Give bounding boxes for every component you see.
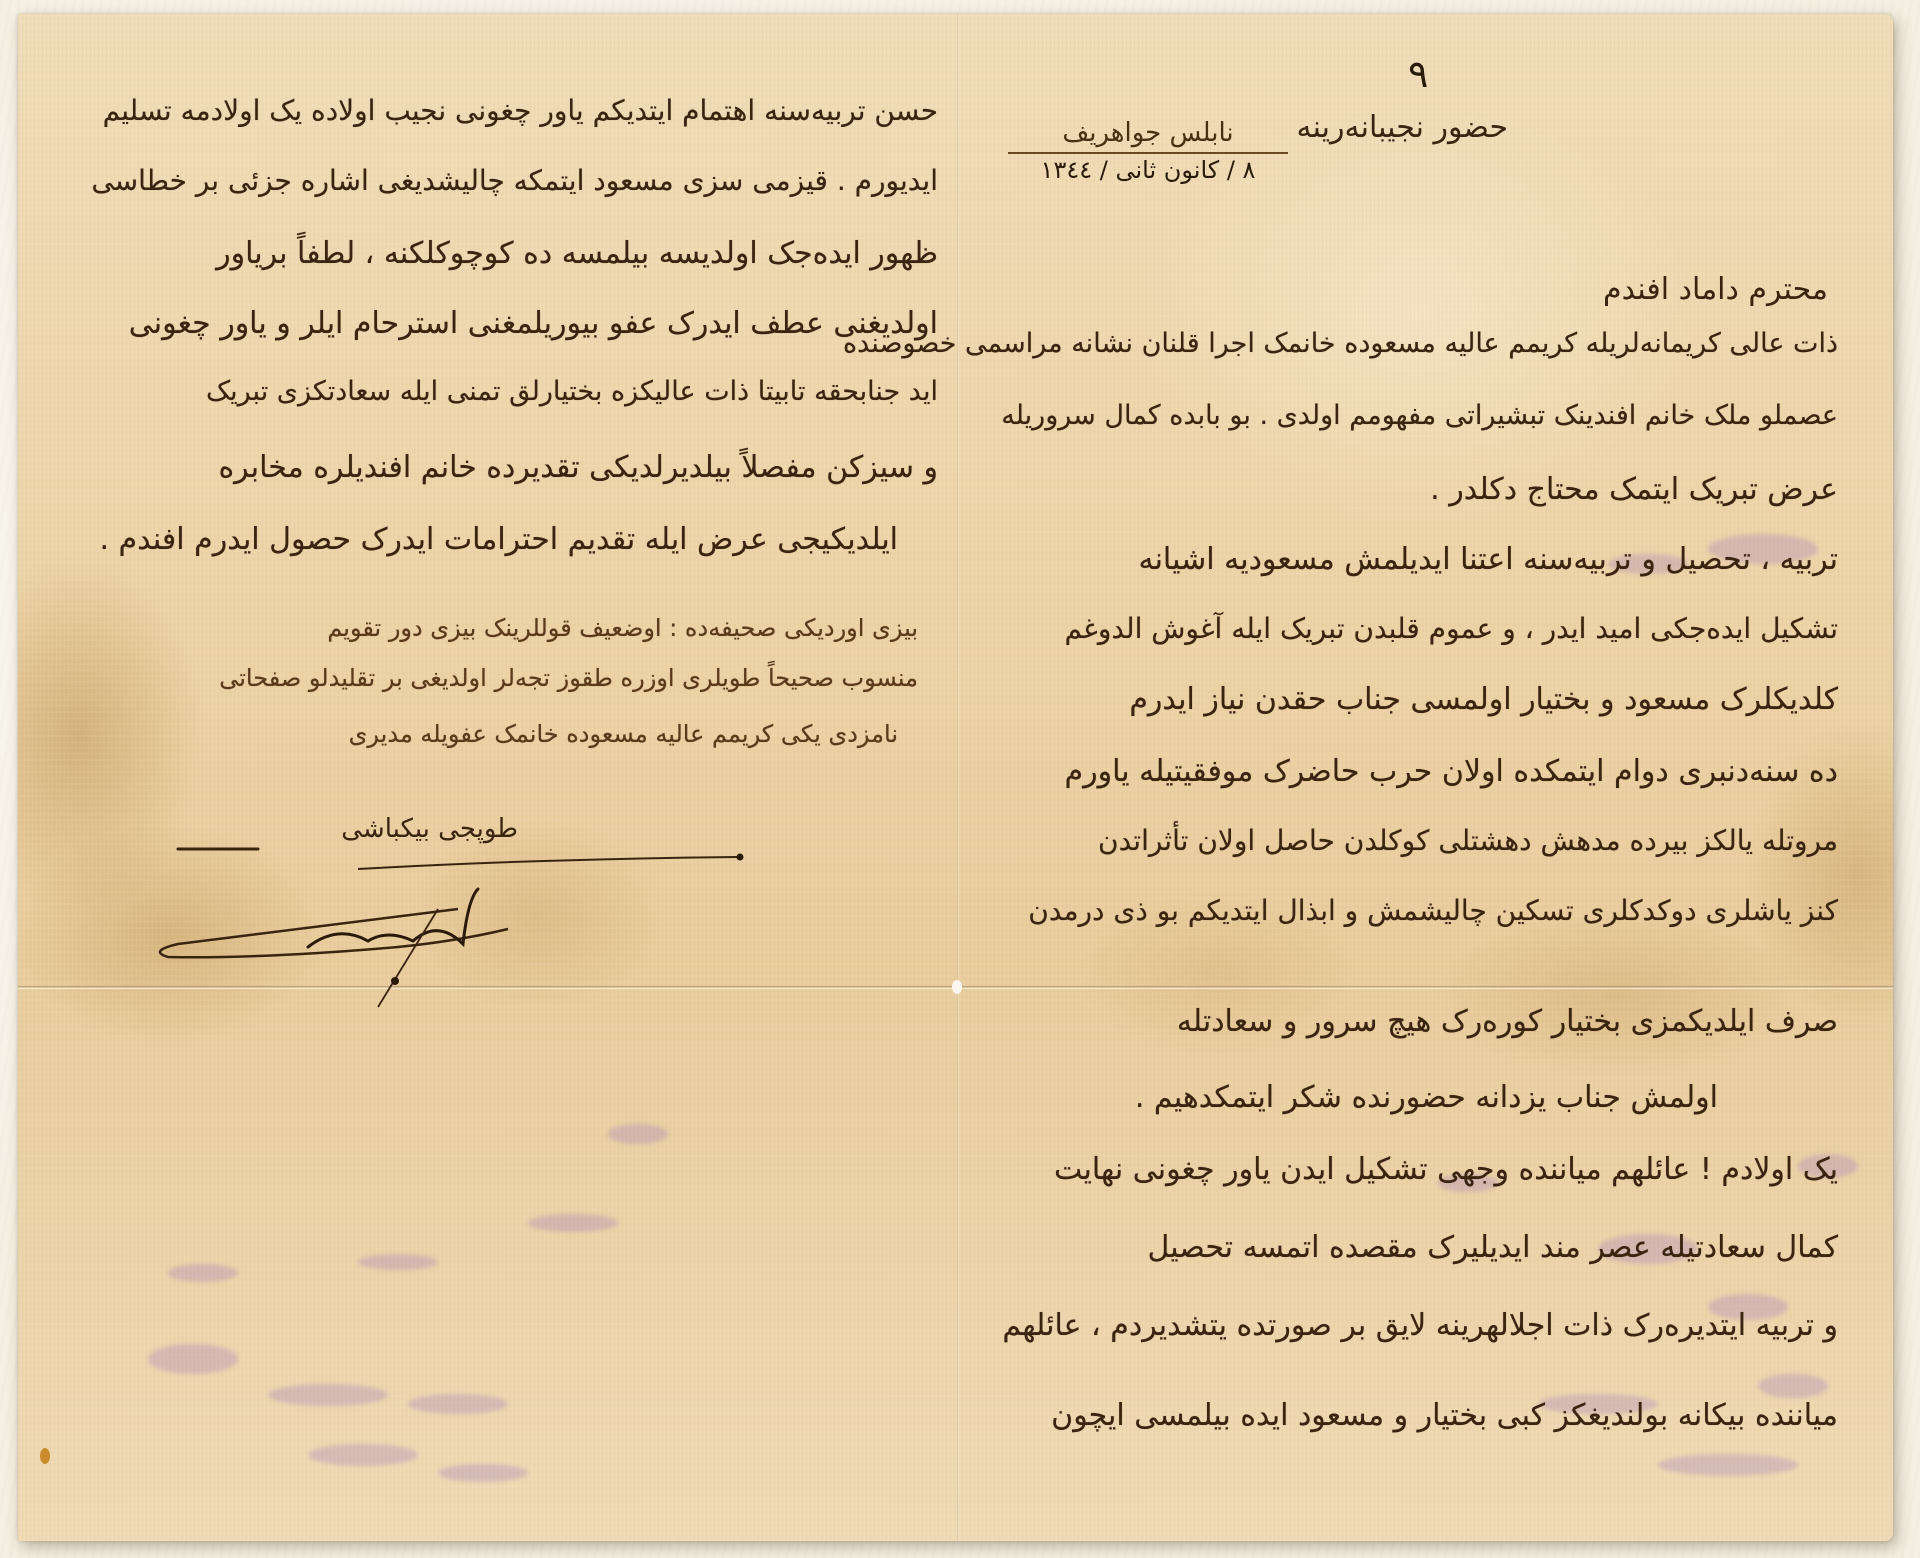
letter-line: مروتله یالکز بیرده مدهش دهشتلی کوکلدن حا… bbox=[1098, 824, 1838, 857]
recipient-address: حضور نجیبانه‌رینه bbox=[1297, 110, 1508, 145]
postscript-line: بیزی اوردیکی صحیفه‌ده : اوضعیف قوللرینک … bbox=[327, 614, 918, 642]
letter-line: عصملو ملک خانم افندینک تبشیراتی مفهومم ا… bbox=[1001, 400, 1838, 431]
letter-line: ظهور ایده‌جک اولدیسه بیلمسه ده کوچوکلکنه… bbox=[216, 236, 938, 271]
letter-line: اولدیغنی عطف ایدرک عفو بیوریلمغنی استرحا… bbox=[129, 306, 938, 341]
sender-name: نابلس جواهریف bbox=[1008, 118, 1288, 154]
letter-line: تربیه ، تحصیل و تربیه‌سنه اعتنا ایدیلمش … bbox=[1139, 542, 1839, 577]
letter-line: یک اولادم ! عائلهم میاننده وجهی تشکیل ای… bbox=[1054, 1152, 1838, 1187]
postscript-line: منسوب صحیحاً طویلری اوزره طقوز تجه‌لر او… bbox=[219, 664, 918, 692]
letter-line: اولمش جناب یزدانه حضورنده شکر ایتمکدهیم … bbox=[1135, 1080, 1718, 1115]
letter-line: ده سنه‌دنبری دوام ایتمکده اولان حرب حاضر… bbox=[1065, 754, 1838, 789]
letter-line: اید جنابحقه تابیتا ذات عالیکزه بختیارلق … bbox=[206, 376, 938, 407]
letter-line: ذات عالی کریمانه‌لریله کریمم عالیه مسعود… bbox=[843, 328, 1838, 359]
letter-line: صرف ایلدیکمزی بختیار کوره‌رک هیچ سرور و … bbox=[1177, 1004, 1838, 1039]
letter-line: و تربیه ایتدیره‌رک ذات اجلالهرینه لایق ب… bbox=[1002, 1308, 1838, 1343]
letter-sheet: ٩ حضور نجیبانه‌رینه نابلس جواهریف ٨ / کا… bbox=[18, 14, 1893, 1541]
letter-line: تشکیل ایده‌جکی امید ایدر ، و عموم قلبدن … bbox=[1065, 612, 1838, 645]
sender-block: نابلس جواهریف ٨ / کانون ثانی / ١٣٤٤ bbox=[1008, 118, 1288, 184]
rust-stain-spot bbox=[40, 1448, 50, 1464]
left-page: حسن تربیه‌سنه اهتمام ایتدیکم یاور چغونی … bbox=[88, 14, 938, 1541]
letter-line: میاننده بیکانه بولندیغکز کبی بختیار و مس… bbox=[1051, 1398, 1838, 1433]
vertical-fold-crease bbox=[957, 14, 959, 1541]
postscript-line: نامزدی یکی کریمم عالیه مسعوده خانمک عفوی… bbox=[349, 720, 898, 748]
salutation: محترم داماد افندم bbox=[1603, 272, 1828, 307]
fold-wear-hole bbox=[952, 980, 962, 994]
letter-line: و سیزکن مفصلاً بیلدیرلدیکی تقدیرده خانم … bbox=[218, 450, 938, 485]
letter-line: ایدیورم . قیزمی سزی مسعود ایتمکه چالیشدی… bbox=[91, 164, 938, 197]
page-number: ٩ bbox=[1408, 52, 1428, 96]
letter-line: ایلدیکیجی عرض ایله تقدیم احترامات ایدرک … bbox=[99, 522, 898, 557]
signature-flourish bbox=[138, 829, 778, 1019]
letter-line: کمال سعادتیله عصر مند ایدیلیرک مقصده اتم… bbox=[1148, 1230, 1838, 1265]
letter-line: عرض تبریک ایتمک محتاج دکلدر . bbox=[1430, 472, 1838, 507]
letter-line: کنز یاشلری دوکدکلری تسکین چالیشمش و ابذا… bbox=[1028, 894, 1838, 927]
letter-date: ٨ / کانون ثانی / ١٣٤٤ bbox=[1008, 154, 1288, 184]
letter-line: حسن تربیه‌سنه اهتمام ایتدیکم یاور چغونی … bbox=[103, 94, 938, 127]
right-page: ٩ حضور نجیبانه‌رینه نابلس جواهریف ٨ / کا… bbox=[968, 14, 1838, 1541]
letter-line: کلدیکلرک مسعود و بختیار اولمسی جناب حقدن… bbox=[1129, 682, 1838, 717]
